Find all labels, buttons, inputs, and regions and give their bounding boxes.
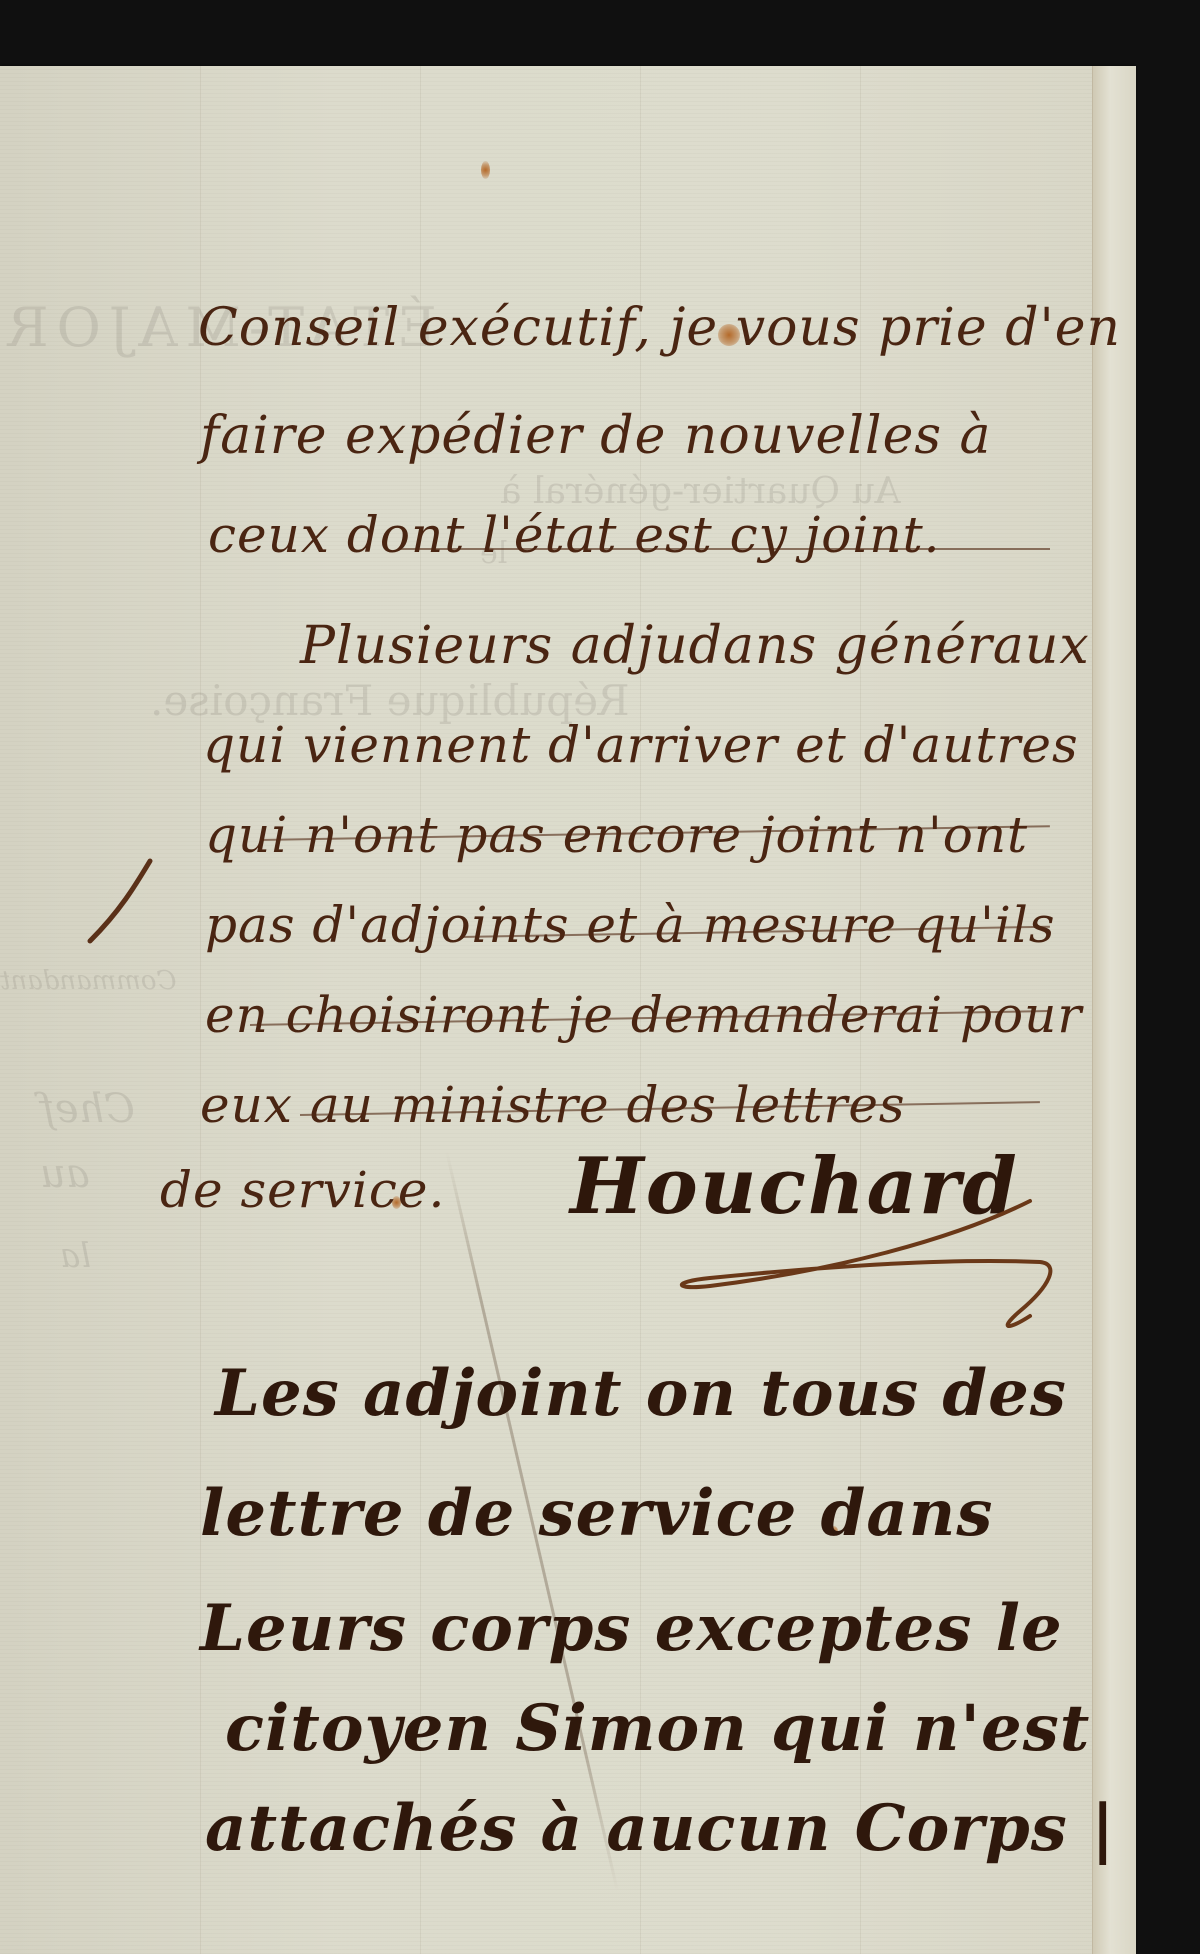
letter-line: qui n'ont pas encore joint n'ont: [205, 806, 1028, 864]
document-scan: ÉTAT-MAJOR Au Quartier-général à le Répu…: [0, 0, 1200, 1954]
signature: Houchard: [570, 1141, 1019, 1232]
bleed-through-margin: la: [60, 1236, 91, 1276]
letter-line: Plusieurs adjudans généraux: [300, 616, 1090, 676]
letter-line: faire expédier de nouvelles à: [200, 406, 992, 466]
bleed-through-margin: Commandant: [0, 966, 176, 996]
annotation-line: Les adjoint on tous des: [215, 1356, 1067, 1431]
annotation-line: Leurs corps exceptes le: [200, 1591, 1063, 1666]
annotation-line: citoyen Simon qui n'est: [225, 1691, 1090, 1766]
bleed-through-margin: Chef: [40, 1086, 135, 1132]
letter-line: ceux dont l'état est cy joint.: [208, 506, 941, 564]
annotation-line: lettre de service dans: [200, 1476, 993, 1551]
bleed-through-margin: au: [40, 1151, 90, 1197]
rule-line: [400, 548, 1050, 550]
letter-line: qui viennent d'arriver et d'autres: [203, 716, 1079, 774]
margin-pen-stroke: [80, 856, 160, 946]
letter-line: de service.: [160, 1161, 445, 1219]
paper-sheet: ÉTAT-MAJOR Au Quartier-général à le Répu…: [0, 66, 1135, 1954]
letter-line: pas d'adjoints et à mesure qu'ils: [205, 896, 1056, 954]
letter-line: en choisiront je demanderai pour: [205, 986, 1082, 1044]
ink-spot: [481, 161, 490, 179]
letter-line: Conseil exécutif, je vous prie d'en: [198, 298, 1121, 358]
annotation-line: attachés à aucun Corps |: [205, 1791, 1115, 1866]
